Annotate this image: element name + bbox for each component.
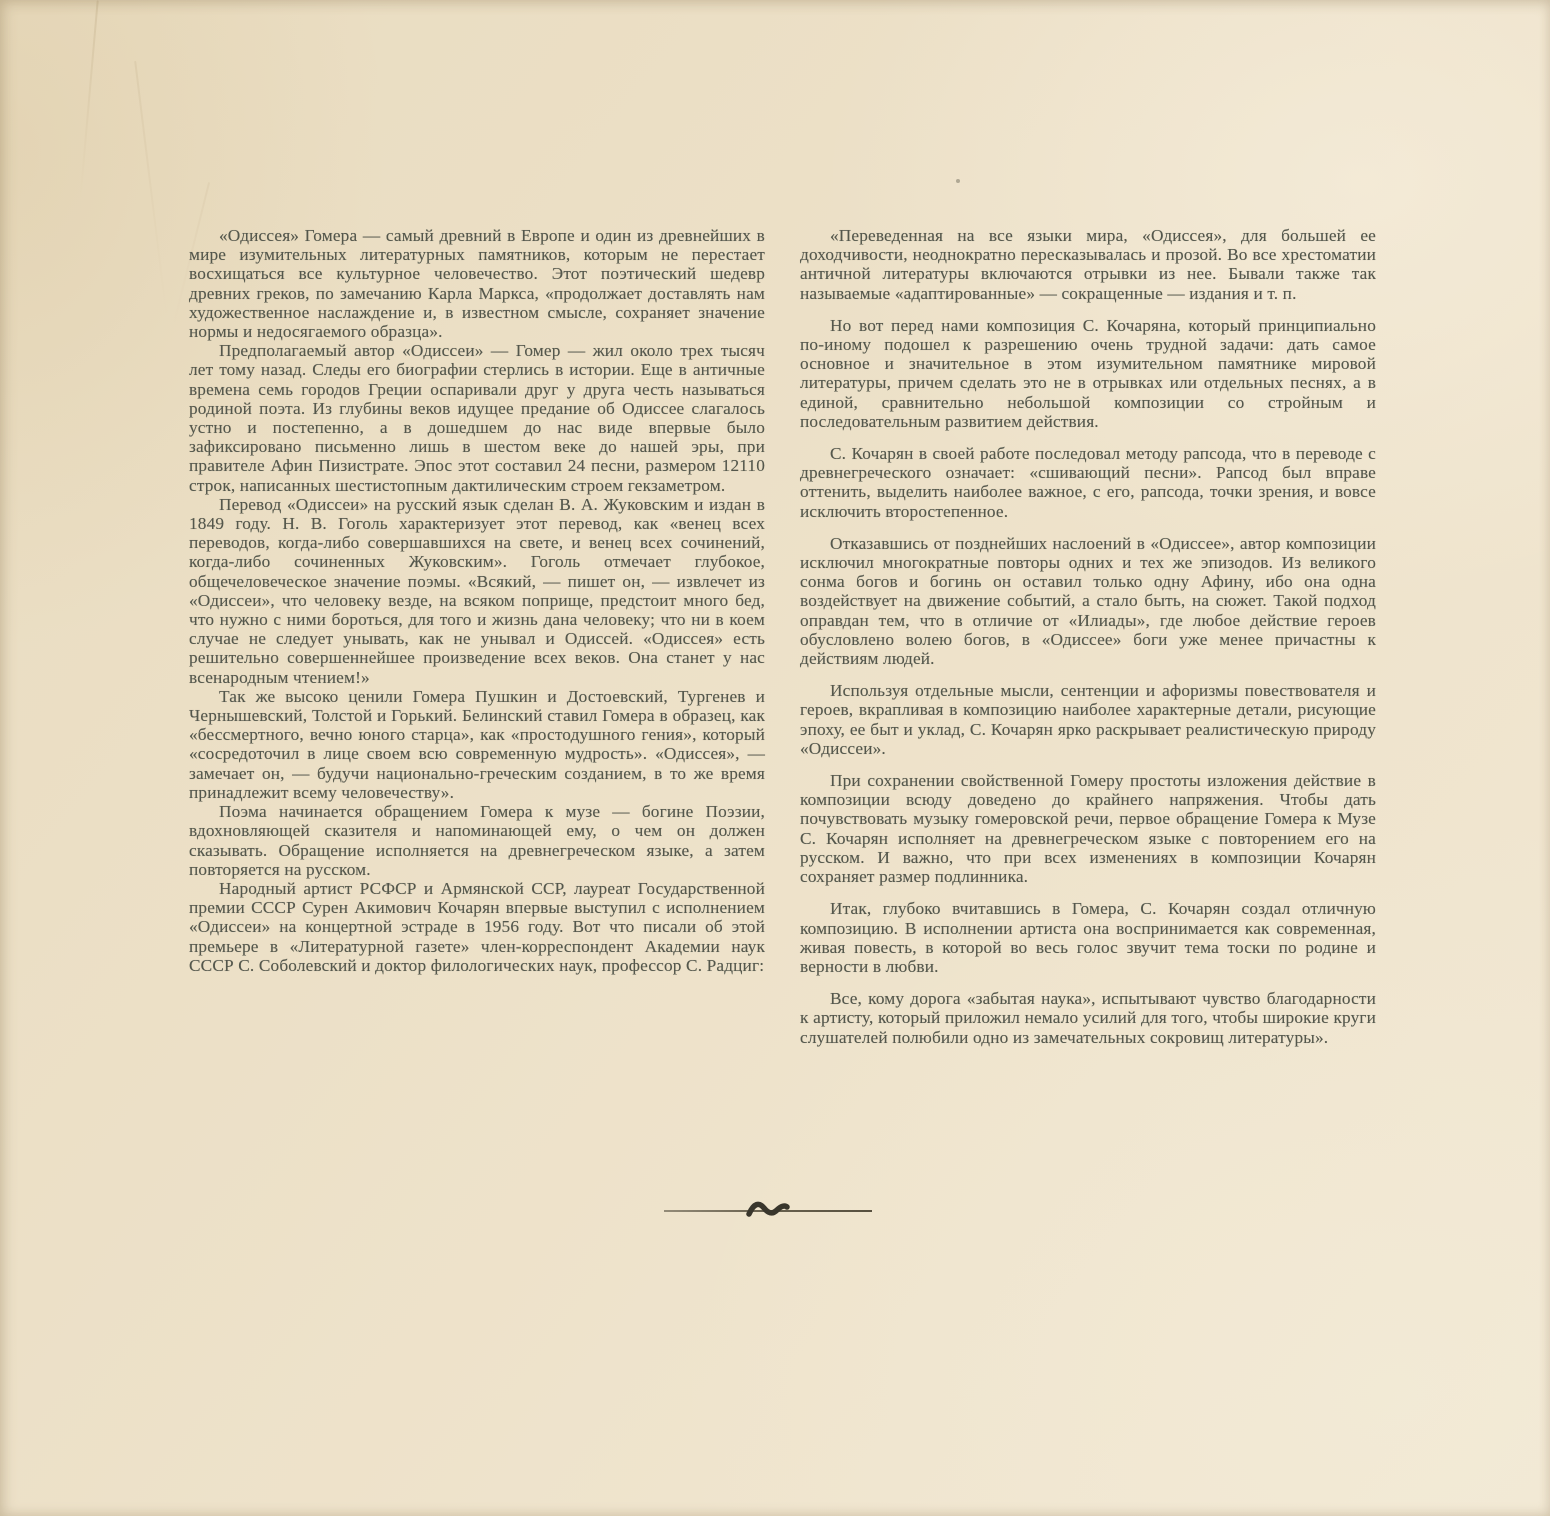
- paragraph: Итак, глубоко вчитавшись в Гомера, С. Ко…: [800, 899, 1376, 976]
- paragraph: Предполагаемый автор «Одиссеи» — Гомер —…: [189, 341, 765, 495]
- paragraph: С. Кочарян в своей работе последовал мет…: [800, 444, 1376, 521]
- paragraph: Так же высоко ценили Гомера Пушкин и Дос…: [189, 687, 765, 802]
- left-text-column: «Одиссея» Гомера — самый древний в Европ…: [189, 226, 765, 975]
- record-sleeve-page: { "document": { "language": "Russian", "…: [0, 0, 1550, 1516]
- paragraph: «Переведенная на все языки мира, «Одиссе…: [800, 226, 1376, 303]
- paper-crease: [79, 0, 98, 199]
- squiggle-divider-icon: [746, 1199, 790, 1221]
- paragraph: Поэма начинается обращением Гомера к муз…: [189, 802, 765, 879]
- paper-speck: [956, 179, 960, 183]
- paragraph: Но вот перед нами композиция С. Кочаряна…: [800, 316, 1376, 431]
- paragraph: Народный артист РСФСР и Армянской ССР, л…: [189, 879, 765, 975]
- paragraph: «Одиссея» Гомера — самый древний в Европ…: [189, 226, 765, 341]
- paragraph: Перевод «Одиссеи» на русский язык сделан…: [189, 495, 765, 687]
- paragraph: Все, кому дорога «забытая наука», испыты…: [800, 989, 1376, 1047]
- right-text-column: «Переведенная на все языки мира, «Одиссе…: [800, 226, 1376, 1047]
- paper-crease: [134, 61, 168, 319]
- paragraph: При сохранении свойственной Гомеру прост…: [800, 771, 1376, 886]
- paragraph: Используя отдельные мысли, сентенции и а…: [800, 681, 1376, 758]
- paragraph: Отказавшись от позднейших наслоений в «О…: [800, 534, 1376, 668]
